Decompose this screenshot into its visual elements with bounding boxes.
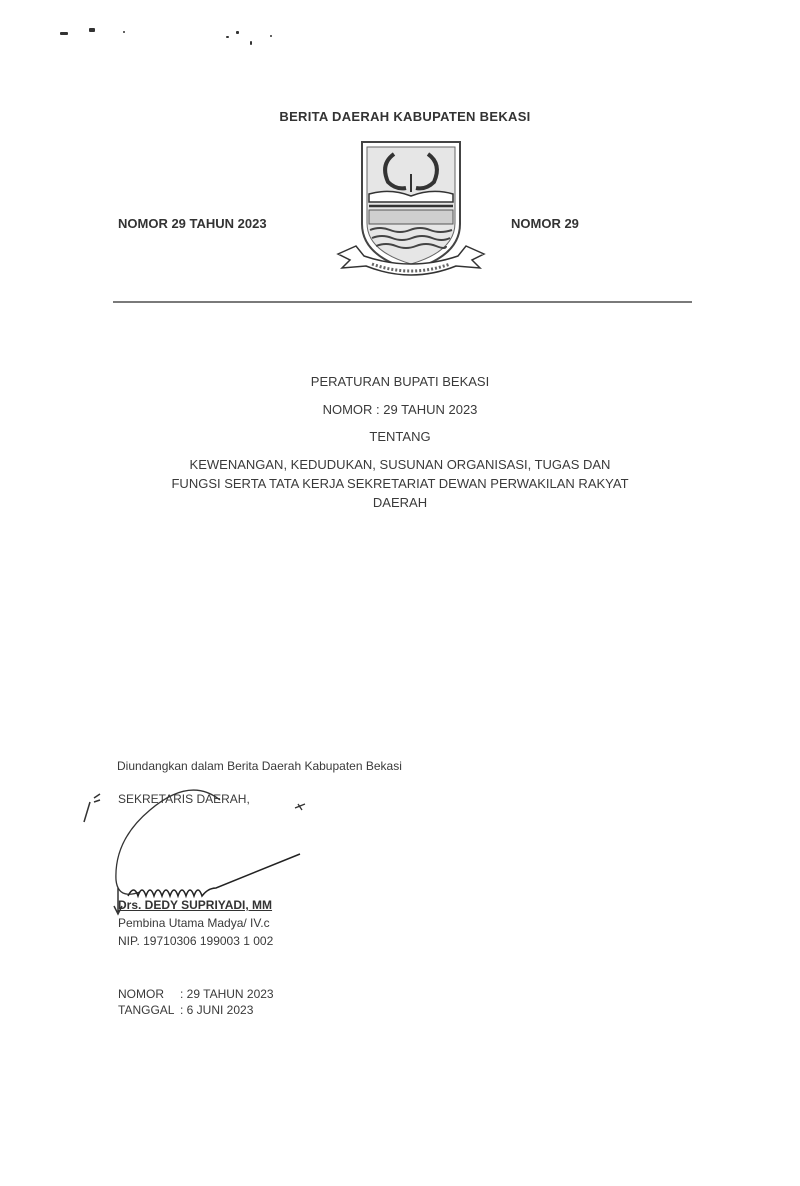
kabupaten-bekasi-coat-of-arms-icon bbox=[336, 138, 486, 278]
record-nomor-value: : 29 TAHUN 2023 bbox=[180, 987, 274, 1001]
issue-number-right: NOMOR 29 bbox=[511, 216, 579, 231]
record-tanggal: TANGGAL: 6 JUNI 2023 bbox=[118, 1003, 253, 1017]
signatory-name: Drs. DEDY SUPRIYADI, MM bbox=[118, 898, 272, 912]
header-divider bbox=[113, 301, 692, 303]
signatory-rank: Pembina Utama Madya/ IV.c bbox=[118, 916, 270, 930]
promulgation-statement: Diundangkan dalam Berita Daerah Kabupate… bbox=[117, 759, 402, 773]
regulation-number: NOMOR : 29 TAHUN 2023 bbox=[0, 402, 800, 417]
subject-line: DAERAH bbox=[130, 493, 670, 512]
record-nomor: NOMOR: 29 TAHUN 2023 bbox=[118, 987, 274, 1001]
regulation-about: TENTANG bbox=[0, 429, 800, 444]
signatory-nip: NIP. 19710306 199003 1 002 bbox=[118, 934, 273, 948]
subject-line: KEWENANGAN, KEDUDUKAN, SUSUNAN ORGANISAS… bbox=[130, 455, 670, 474]
record-nomor-label: NOMOR bbox=[118, 987, 180, 1001]
subject-line: FUNGSI SERTA TATA KERJA SEKRETARIAT DEWA… bbox=[130, 474, 670, 493]
regulation-subject: KEWENANGAN, KEDUDUKAN, SUSUNAN ORGANISAS… bbox=[130, 455, 670, 512]
publication-title: BERITA DAERAH KABUPATEN BEKASI bbox=[0, 109, 800, 124]
regulation-type: PERATURAN BUPATI BEKASI bbox=[0, 374, 800, 389]
record-tanggal-value: : 6 JUNI 2023 bbox=[180, 1003, 253, 1017]
record-tanggal-label: TANGGAL bbox=[118, 1003, 180, 1017]
issue-number-left: NOMOR 29 TAHUN 2023 bbox=[118, 216, 267, 231]
